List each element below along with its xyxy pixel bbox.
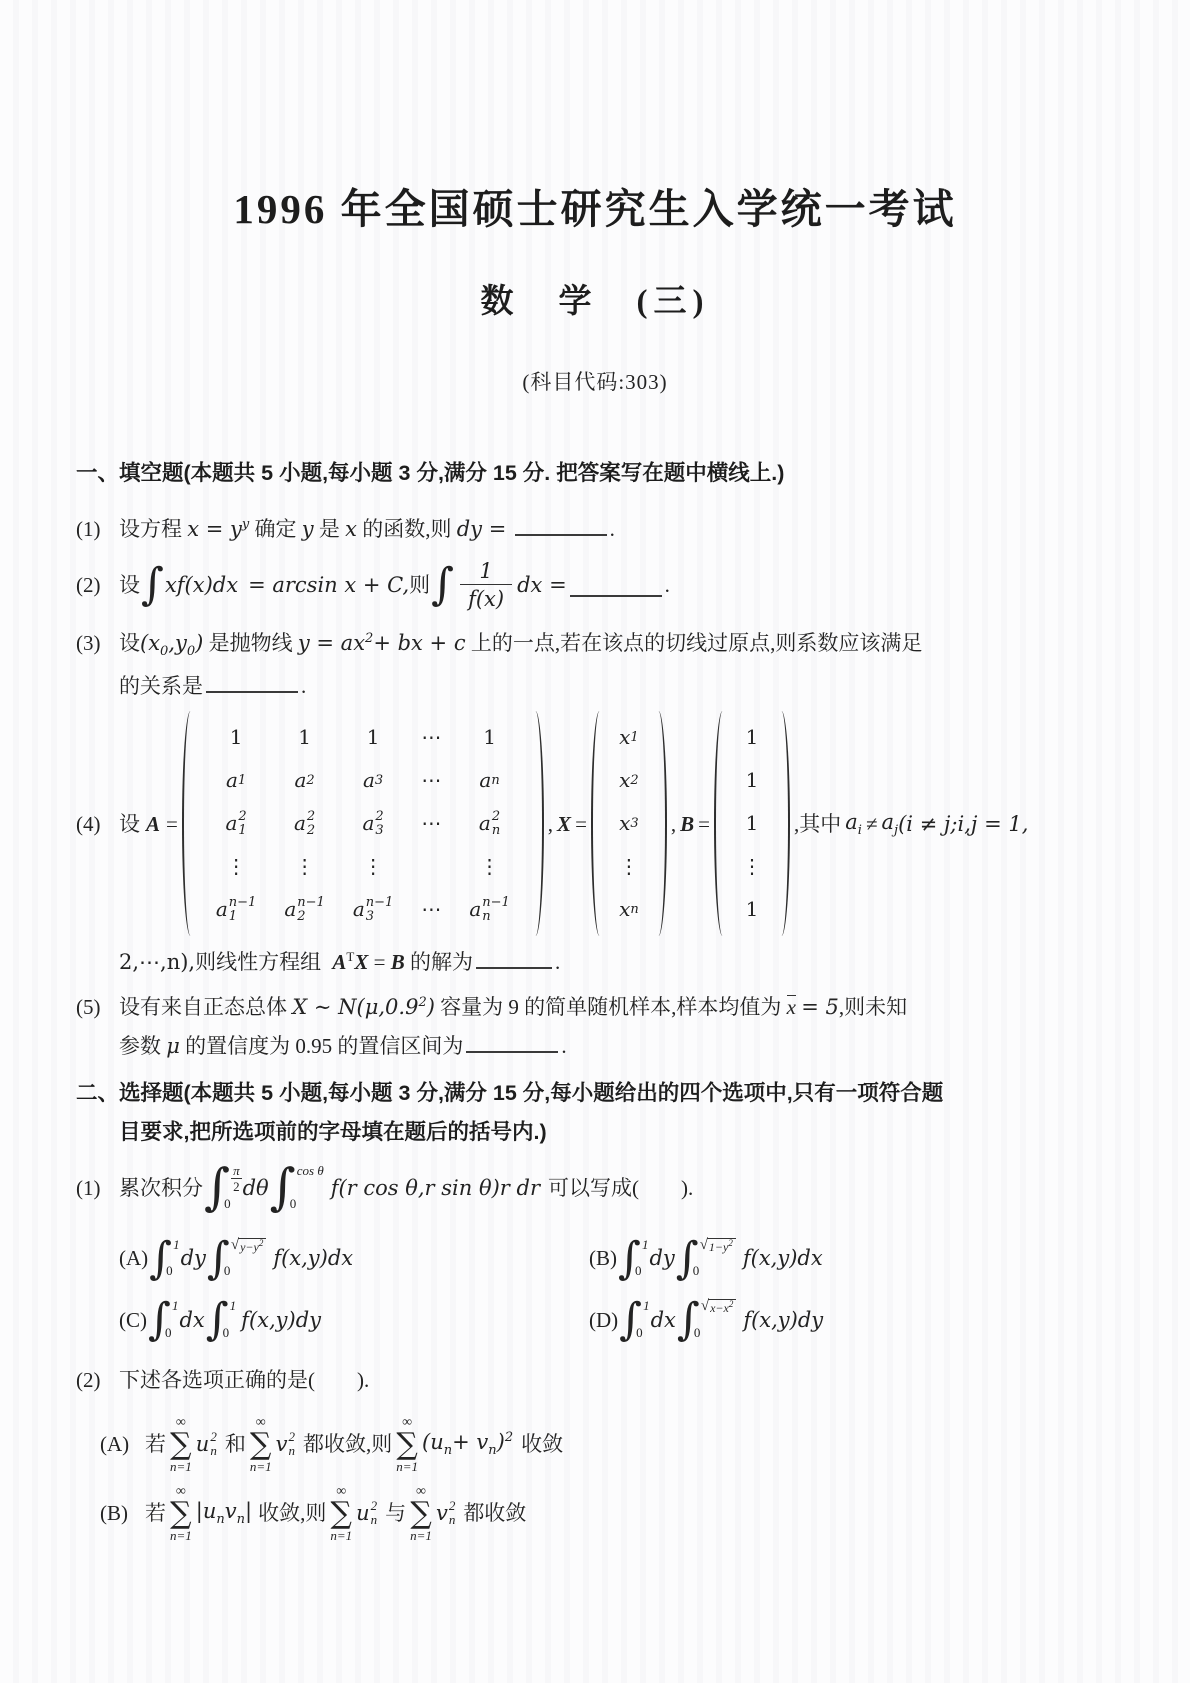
question-5: (5) 设有来自正态总体 X ∼ N(μ,0.92) 容量为 9 的简单随机样本… — [76, 992, 1126, 1022]
text: 的解为 — [410, 950, 473, 974]
fraction: 1 f(x) — [460, 559, 512, 612]
math: v — [276, 1429, 288, 1459]
text: 设 — [119, 631, 140, 655]
math: ai — [845, 807, 862, 841]
matrix-cell: a22 — [270, 802, 338, 845]
matrix-cell: a2 — [270, 759, 338, 802]
matrix-cell: an — [455, 759, 523, 802]
text: 设方程 — [119, 517, 182, 541]
math: dy — [649, 1243, 674, 1273]
matrix-cell: an−11 — [202, 888, 270, 931]
question-4: (4) 设 A = 111⋯1a1a2a3⋯ana21a22a23⋯a2n⋮⋮⋮… — [76, 711, 1126, 936]
exam-page: 1996 年全国硕士研究生入学统一考试 数 学 (三) (科目代码:303) 一… — [0, 0, 1190, 1683]
math: x — [345, 517, 357, 541]
math: X — [557, 809, 571, 839]
option-B: (B) ∫10 dy ∫√1−y20 f(x,y)dx — [589, 1238, 1126, 1280]
option-D: (D) ∫10 dx ∫√x−x20 f(x,y)dy — [589, 1299, 1126, 1341]
matrix-cell: 1 — [202, 716, 270, 759]
integral: ∫ π2 0 — [204, 1164, 242, 1212]
text: . — [610, 517, 615, 541]
matrix-cell: a2n — [455, 802, 523, 845]
math: μ — [166, 1034, 180, 1058]
integral: ∫ cos θ 0 — [270, 1164, 324, 1212]
math: AT — [332, 950, 354, 974]
integral-icon: ∫ — [141, 564, 164, 606]
matrix-cell: ⋮ — [202, 845, 270, 888]
math: u — [356, 1498, 370, 1528]
text: = — [698, 809, 710, 839]
integral: ∫√x−x20 — [677, 1299, 736, 1341]
question-number: (1) — [76, 514, 101, 544]
math: B — [680, 809, 694, 839]
summation: ∞∑n=1 — [396, 1416, 418, 1473]
math: dx — [179, 1305, 204, 1335]
matrix-cell: 1 — [734, 716, 770, 759]
math: dy = — [457, 517, 507, 541]
question-number: (3) — [76, 628, 101, 658]
scripts: 2n — [449, 1499, 456, 1528]
math: y = ax2+ bx + c — [298, 631, 466, 655]
options-q1: (A) ∫10 dy ∫√y−y20 f(x,y)dx (B) ∫10 dy ∫… — [76, 1238, 1126, 1342]
matrix-cell: ⋮ — [734, 845, 770, 888]
text: 是抛物线 — [209, 631, 293, 655]
matrix-cell: ⋮ — [270, 845, 338, 888]
math: (x0,y0) — [140, 631, 203, 655]
text: 和 — [225, 1429, 246, 1459]
text: ). — [357, 1368, 369, 1392]
section1-header: 一、填空题(本题共 5 小题,每小题 3 分,满分 15 分. 把答案写在题中横… — [76, 458, 1126, 489]
matrix-cell: ⋮ — [339, 845, 407, 888]
question-3: (3) 设(x0,y0) 是抛物线 y = ax2+ bx + c 上的一点,若… — [76, 628, 1126, 662]
text: 下述各选项正确的是( — [119, 1368, 315, 1392]
question-number: (1) — [76, 1173, 101, 1203]
question-number: (2) — [76, 1365, 101, 1395]
math: X ∼ N(μ,0.92) — [292, 995, 435, 1019]
option-label: (A) — [100, 1429, 129, 1459]
text: 的函数,则 — [362, 517, 451, 541]
text: 的置信度为 0.95 的置信区间为 — [185, 1034, 463, 1058]
text: = — [575, 809, 587, 839]
math: xf(x)dx — [165, 570, 238, 600]
option-B: (B) 若 ∞∑n=1 |unvn| 收敛,则 ∞∑n=1 u2n 与 ∞∑n=… — [76, 1485, 1126, 1542]
integral: ∫10 — [148, 1299, 178, 1341]
option-label: (B) — [589, 1243, 617, 1273]
summation: ∞∑n=1 — [250, 1416, 272, 1473]
vector-X: x1x2x3⋮xn — [591, 711, 667, 936]
option-label: (B) — [100, 1498, 128, 1528]
integral: ∫10 — [206, 1299, 236, 1341]
matrix-cell: x1 — [611, 716, 647, 759]
text: 设有来自正态总体 — [119, 995, 287, 1019]
right-paren-icon — [650, 711, 667, 936]
text: 与 — [385, 1498, 406, 1528]
scripts: 2n — [210, 1430, 217, 1459]
matrix-cell: a3 — [339, 759, 407, 802]
math: aj — [882, 807, 899, 841]
text: 的关系是 — [119, 674, 203, 698]
text: = — [374, 950, 386, 974]
math: x = yy — [187, 517, 249, 541]
matrix-cell: an−12 — [270, 888, 338, 931]
math: f(x,y)dy — [241, 1305, 321, 1335]
question-4-line2: 2,⋯,n),则线性方程组 ATX = B 的解为. — [76, 946, 1126, 977]
math: dθ — [243, 1173, 269, 1203]
question-5-line2: 参数 μ 的置信度为 0.95 的置信区间为. — [76, 1030, 1126, 1061]
text: 收敛,则 — [258, 1498, 326, 1528]
math: A — [146, 809, 160, 839]
exam-body: 一、填空题(本题共 5 小题,每小题 3 分,满分 15 分. 把答案写在题中横… — [0, 458, 1190, 1542]
math: dx — [651, 1305, 676, 1335]
math: f(x,y)dx — [743, 1243, 823, 1273]
option-label: (C) — [119, 1305, 147, 1335]
integral: ∫10 — [618, 1238, 648, 1280]
matrix-cell: xn — [611, 888, 647, 931]
matrix-cell: 1 — [455, 716, 523, 759]
answer-blank — [476, 946, 552, 969]
math: X — [354, 950, 368, 974]
math: f(r cos θ,r sin θ)r dr — [331, 1173, 540, 1203]
vector-B: 111⋮1 — [714, 711, 790, 936]
section2-header: 二、选择题(本题共 5 小题,每小题 3 分,满分 15 分,每小题给出的四个选… — [76, 1078, 1126, 1109]
matrix-cell: an−1n — [455, 888, 523, 931]
option-label: (D) — [589, 1305, 618, 1335]
text: . — [555, 950, 560, 974]
math: (un+ vn)2 — [422, 1427, 513, 1461]
question-number: (4) — [76, 809, 101, 839]
matrix-cell: 1 — [734, 759, 770, 802]
answer-blank — [570, 574, 662, 597]
integral-icon: ∫ — [431, 564, 454, 606]
text: 则 — [409, 570, 430, 600]
integral: ∫10 — [619, 1299, 649, 1341]
matrix-cell: ⋯ — [407, 802, 455, 845]
summation: ∞∑n=1 — [330, 1485, 352, 1542]
math: (i ≠ j;i,j = 1, — [898, 809, 1028, 839]
matrix-cell: x3 — [611, 802, 647, 845]
answer-blank — [206, 670, 298, 693]
text: ≠ — [866, 809, 878, 839]
matrix-cell: ⋮ — [611, 845, 647, 888]
integral: ∫√1−y20 — [676, 1238, 736, 1280]
matrix-cell: ⋯ — [407, 888, 455, 931]
integral: ∫√y−y20 — [207, 1238, 266, 1280]
option-A: (A) ∫10 dy ∫√y−y20 f(x,y)dx — [119, 1238, 589, 1280]
text: 都收敛 — [463, 1498, 526, 1528]
question-number: (5) — [76, 992, 101, 1022]
question-3-line2: 的关系是. — [76, 670, 1126, 701]
math: u — [196, 1429, 210, 1459]
scripts: 2n — [288, 1430, 295, 1459]
math: v — [436, 1498, 448, 1528]
text: 容量为 9 的简单随机样本,样本均值为 — [440, 995, 781, 1019]
text: 设 — [119, 570, 140, 600]
text: 累次积分 — [119, 1173, 203, 1203]
text: . — [561, 1034, 566, 1058]
text: 收敛 — [521, 1429, 563, 1459]
option-A: (A) 若 ∞∑n=1 u2n 和 ∞∑n=1 v2n 都收敛,则 ∞∑n=1 … — [76, 1416, 1126, 1473]
math: = arcsin x + C, — [248, 570, 409, 600]
text: . — [301, 674, 306, 698]
text: = — [166, 809, 178, 839]
section2-question-1: (1) 累次积分 ∫ π2 0 dθ ∫ cos θ 0 — [76, 1164, 1126, 1212]
question-2: (2) 设 ∫ xf(x)dx = arcsin x + C, 则 ∫ 1 f(… — [76, 559, 1126, 612]
matrix-cell: a21 — [202, 802, 270, 845]
text: 是 — [319, 517, 340, 541]
text: , — [548, 809, 553, 839]
right-paren-icon — [527, 711, 544, 936]
text: ,则未知 — [839, 995, 907, 1019]
answer-blank — [515, 513, 607, 536]
text: , — [671, 809, 676, 839]
math: |unvn| — [196, 1496, 252, 1530]
matrix-cell: an−13 — [339, 888, 407, 931]
matrix-cell — [407, 860, 455, 874]
text: 上的一点,若在该点的切线过原点,则系数应该满足 — [471, 631, 923, 655]
matrix-cell: a23 — [339, 802, 407, 845]
section2-header-line2: 目要求,把所选项前的字母填在题后的括号内.) — [76, 1117, 1126, 1148]
text: 若 — [145, 1429, 166, 1459]
matrix-cell: 1 — [734, 802, 770, 845]
text: 确定 — [255, 517, 297, 541]
integral: ∫10 — [149, 1238, 179, 1280]
option-label: (A) — [119, 1243, 148, 1273]
text: ,其中 — [794, 809, 841, 839]
matrix-cell: 1 — [734, 888, 770, 931]
scripts: 2n — [371, 1499, 378, 1528]
text: 可以写成( — [548, 1173, 639, 1203]
page-subtitle: 数 学 (三) — [0, 275, 1190, 322]
text: 都收敛,则 — [303, 1429, 392, 1459]
matrix-cell: x2 — [611, 759, 647, 802]
matrix-cell: ⋮ — [455, 845, 523, 888]
text: 设 — [119, 809, 140, 839]
math: dx = — [517, 570, 567, 600]
answer-blank — [466, 1030, 558, 1053]
section2-question-2: (2) 下述各选项正确的是(). — [76, 1365, 1126, 1395]
text: 若 — [145, 1498, 166, 1528]
matrix-cell: 1 — [339, 716, 407, 759]
question-number: (2) — [76, 570, 101, 600]
summation: ∞∑n=1 — [410, 1485, 432, 1542]
matrix-cell: 1 — [270, 716, 338, 759]
option-C: (C) ∫10 dx ∫10 f(x,y)dy — [119, 1299, 589, 1341]
question-1: (1) 设方程 x = yy 确定 y 是 x 的函数,则 dy = . — [76, 513, 1126, 544]
math: f(x,y)dx — [273, 1243, 353, 1273]
math: = 5 — [801, 995, 839, 1019]
x-bar: x — [787, 995, 796, 1018]
matrix-cell: a1 — [202, 759, 270, 802]
summation: ∞∑n=1 — [170, 1485, 192, 1542]
math: y — [302, 517, 314, 541]
subject-code: (科目代码:303) — [0, 366, 1190, 396]
text: 参数 — [119, 1034, 161, 1058]
math: f(x,y)dy — [743, 1305, 823, 1335]
right-paren-icon — [773, 711, 790, 936]
matrix-cell: ⋯ — [407, 716, 455, 759]
page-title: 1996 年全国硕士研究生入学统一考试 — [0, 0, 1190, 235]
summation: ∞∑n=1 — [170, 1416, 192, 1473]
matrix-cell: ⋯ — [407, 759, 455, 802]
math: dy — [181, 1243, 206, 1273]
text: ). — [681, 1173, 693, 1203]
text: . — [665, 570, 670, 600]
math: 2,⋯,n),则线性方程组 — [119, 950, 321, 974]
math: B — [391, 950, 405, 974]
matrix-A: 111⋯1a1a2a3⋯ana21a22a23⋯a2n⋮⋮⋮⋮an−11an−1… — [182, 711, 544, 936]
